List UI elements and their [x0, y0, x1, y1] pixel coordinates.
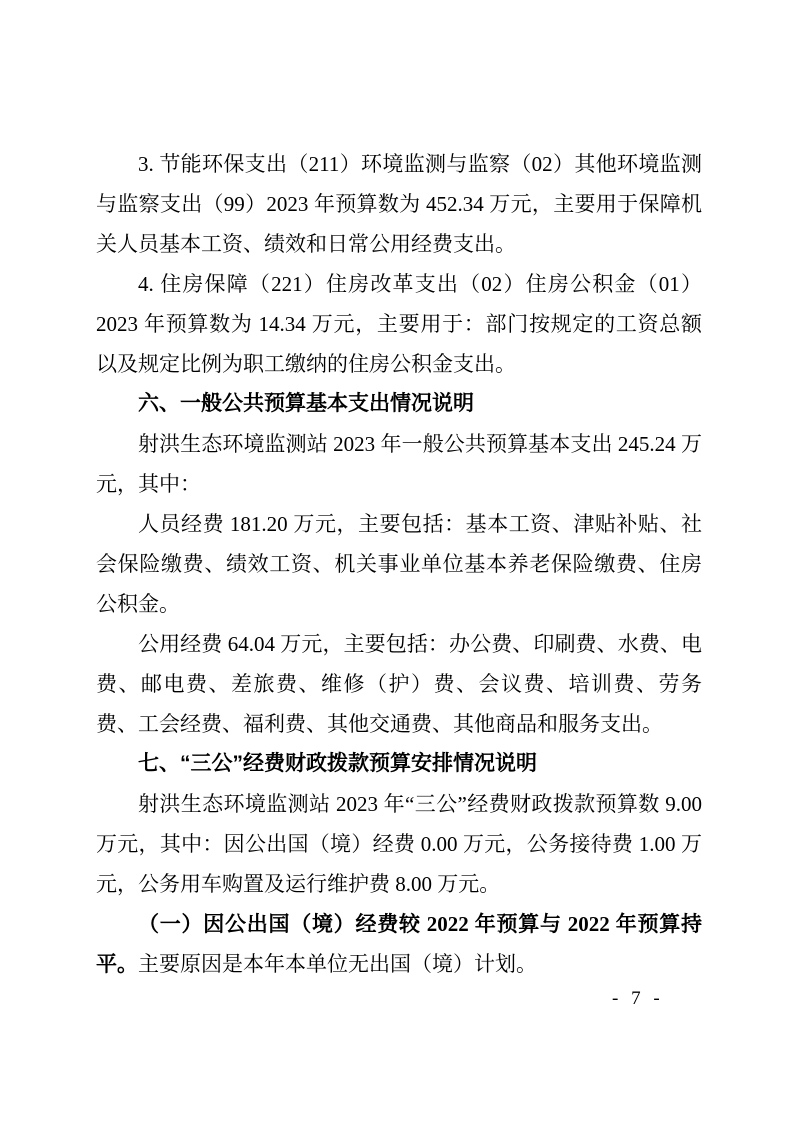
page-number: - 7 -: [612, 988, 664, 1010]
para-personnel-funds: 人员经费 181.20 万元，主要包括：基本工资、津贴补贴、社会保险缴费、绩效工…: [96, 504, 702, 624]
para-public-funds: 公用经费 64.04 万元，主要包括：办公费、印刷费、水费、电费、邮电费、差旅费…: [96, 624, 702, 744]
heading-section-six: 六、一般公共预算基本支出情况说明: [96, 384, 702, 424]
document-content: 3. 节能环保支出（211）环境监测与监察（02）其他环境监测与监察支出（99）…: [96, 144, 702, 984]
para-abroad-normal-text: 主要原因是本年本单位无出国（境）计划。: [138, 952, 537, 976]
para-three-public-funds: 射洪生态环境监测站 2023 年“三公”经费财政拨款预算数 9.00 万元，其中…: [96, 784, 702, 904]
para-abroad-expense: （一）因公出国（境）经费较 2022 年预算与 2022 年预算持平。主要原因是…: [96, 904, 702, 984]
para-basic-expenditure-total: 射洪生态环境监测站 2023 年一般公共预算基本支出 245.24 万元，其中：: [96, 424, 702, 504]
heading-section-seven: 七、“三公”经费财政拨款预算安排情况说明: [96, 744, 702, 784]
para-housing-security: 4. 住房保障（221）住房改革支出（02）住房公积金（01）2023 年预算数…: [96, 264, 702, 384]
para-energy-conservation: 3. 节能环保支出（211）环境监测与监察（02）其他环境监测与监察支出（99）…: [96, 144, 702, 264]
document-page: 3. 节能环保支出（211）环境监测与监察（02）其他环境监测与监察支出（99）…: [0, 0, 793, 1122]
